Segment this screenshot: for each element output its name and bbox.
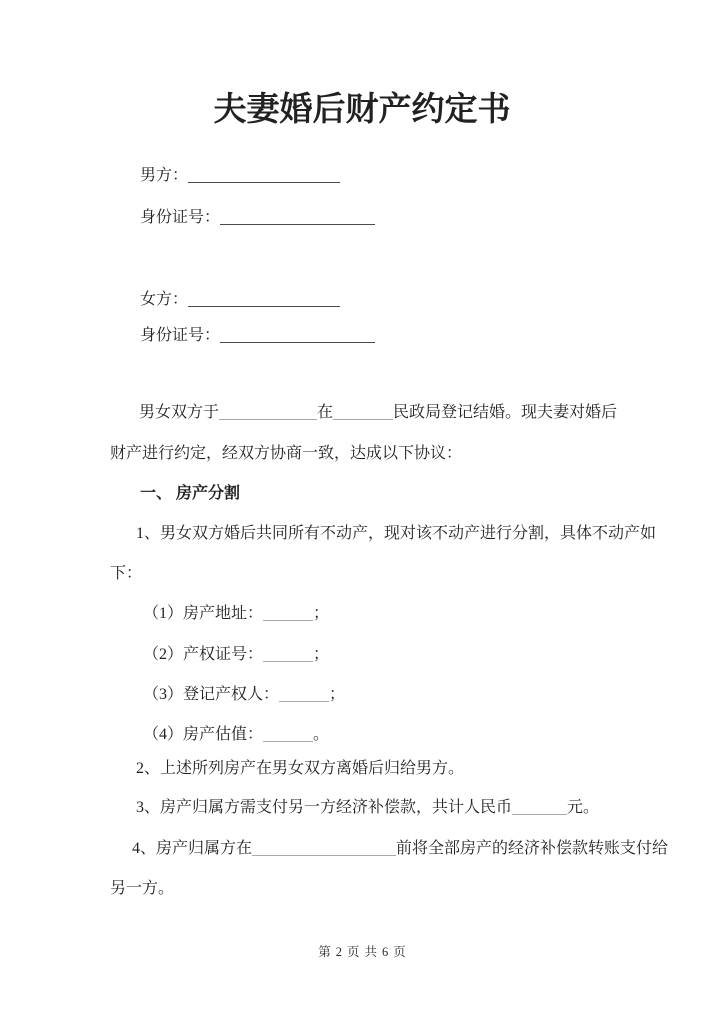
female-id-row: 身份证号： bbox=[140, 326, 375, 346]
item3-text-2: 元。 bbox=[567, 799, 599, 816]
subitem-suffix: 。 bbox=[313, 726, 329, 743]
item1-line2: 下： bbox=[110, 564, 142, 584]
subitem-suffix: ； bbox=[313, 646, 329, 663]
marriage-place-blank-line bbox=[333, 403, 393, 420]
item4-line2: 另一方。 bbox=[110, 879, 174, 899]
registered-owner-blank-line bbox=[279, 685, 329, 702]
marriage-date-blank-line bbox=[219, 403, 317, 420]
subitem-label: （2）产权证号： bbox=[143, 646, 263, 663]
property-address-blank-line bbox=[263, 604, 313, 621]
subitem-suffix: ； bbox=[329, 686, 345, 703]
subitem-property-value: （4）房产估值：。 bbox=[143, 725, 329, 745]
document-title: 夫妻婚后财产约定书 bbox=[0, 90, 724, 130]
intro-text-2: 在 bbox=[317, 404, 333, 421]
item4-text-2: 前将全部房产的经济补偿款转账支付给 bbox=[396, 840, 668, 857]
male-name-blank-line bbox=[188, 166, 340, 183]
subitem-suffix: ； bbox=[313, 605, 329, 622]
intro-paragraph-line1: 男女双方于在民政局登记结婚。现夫妻对婚后 bbox=[139, 403, 617, 423]
female-id-label: 身份证号： bbox=[140, 327, 220, 344]
footer-suffix: 页 bbox=[393, 945, 406, 959]
subitem-label: （3）登记产权人： bbox=[143, 686, 279, 703]
intro-text-3: 民政局登记结婚。现夫妻对婚后 bbox=[393, 404, 617, 421]
deed-number-blank-line bbox=[263, 645, 313, 662]
item2-line: 2、上述所列房产在男女双方离婚后归给男方。 bbox=[136, 759, 464, 779]
document-page: 夫妻婚后财产约定书 男方： 身份证号： 女方： 身份证号： 男女双方于在民政局登… bbox=[0, 0, 724, 1024]
footer-prefix: 第 bbox=[318, 945, 331, 959]
female-party-row: 女方： bbox=[140, 290, 340, 310]
subitem-property-address: （1）房产地址：； bbox=[143, 604, 329, 624]
item1-line1: 1、男女双方婚后共同所有不动产，现对该不动产进行分割，具体不动产如 bbox=[136, 524, 656, 544]
item3-text-1: 3、房产归属方需支付另一方经济补偿款，共计人民币 bbox=[136, 799, 512, 816]
footer-page-word: 页 bbox=[347, 945, 360, 959]
female-id-blank-line bbox=[220, 326, 375, 343]
male-id-row: 身份证号： bbox=[140, 208, 375, 228]
subitem-deed-number: （2）产权证号：； bbox=[143, 645, 329, 665]
intro-text-4: 财产进行约定，经双方协商一致，达成以下协议： bbox=[110, 445, 462, 462]
subitem-label: （4）房产估值： bbox=[143, 726, 263, 743]
subitem-registered-owner: （3）登记产权人：； bbox=[143, 685, 345, 705]
item4-text-1: 4、房产归属方在 bbox=[132, 840, 252, 857]
subitem-label: （1）房产地址： bbox=[143, 605, 263, 622]
male-id-blank-line bbox=[220, 208, 375, 225]
property-value-blank-line bbox=[263, 725, 313, 742]
item4-line1: 4、房产归属方在前将全部房产的经济补偿款转账支付给 bbox=[132, 839, 668, 859]
footer-current-page: 2 bbox=[336, 945, 342, 959]
intro-paragraph-line2: 财产进行约定，经双方协商一致，达成以下协议： bbox=[110, 444, 462, 464]
footer-total-pages: 6 bbox=[382, 945, 388, 959]
female-party-label: 女方： bbox=[140, 291, 188, 308]
male-id-label: 身份证号： bbox=[140, 209, 220, 226]
page-number-footer: 第2页共6页 bbox=[0, 944, 724, 960]
payment-deadline-blank-line bbox=[252, 839, 396, 856]
compensation-amount-blank-line bbox=[512, 798, 567, 815]
male-party-row: 男方： bbox=[140, 166, 340, 186]
intro-text-1: 男女双方于 bbox=[139, 404, 219, 421]
footer-middle: 共 bbox=[365, 945, 378, 959]
item3-line: 3、房产归属方需支付另一方经济补偿款，共计人民币元。 bbox=[136, 798, 599, 818]
female-name-blank-line bbox=[188, 290, 340, 307]
section-heading: 一、 房产分割 bbox=[140, 484, 240, 504]
male-party-label: 男方： bbox=[140, 167, 188, 184]
